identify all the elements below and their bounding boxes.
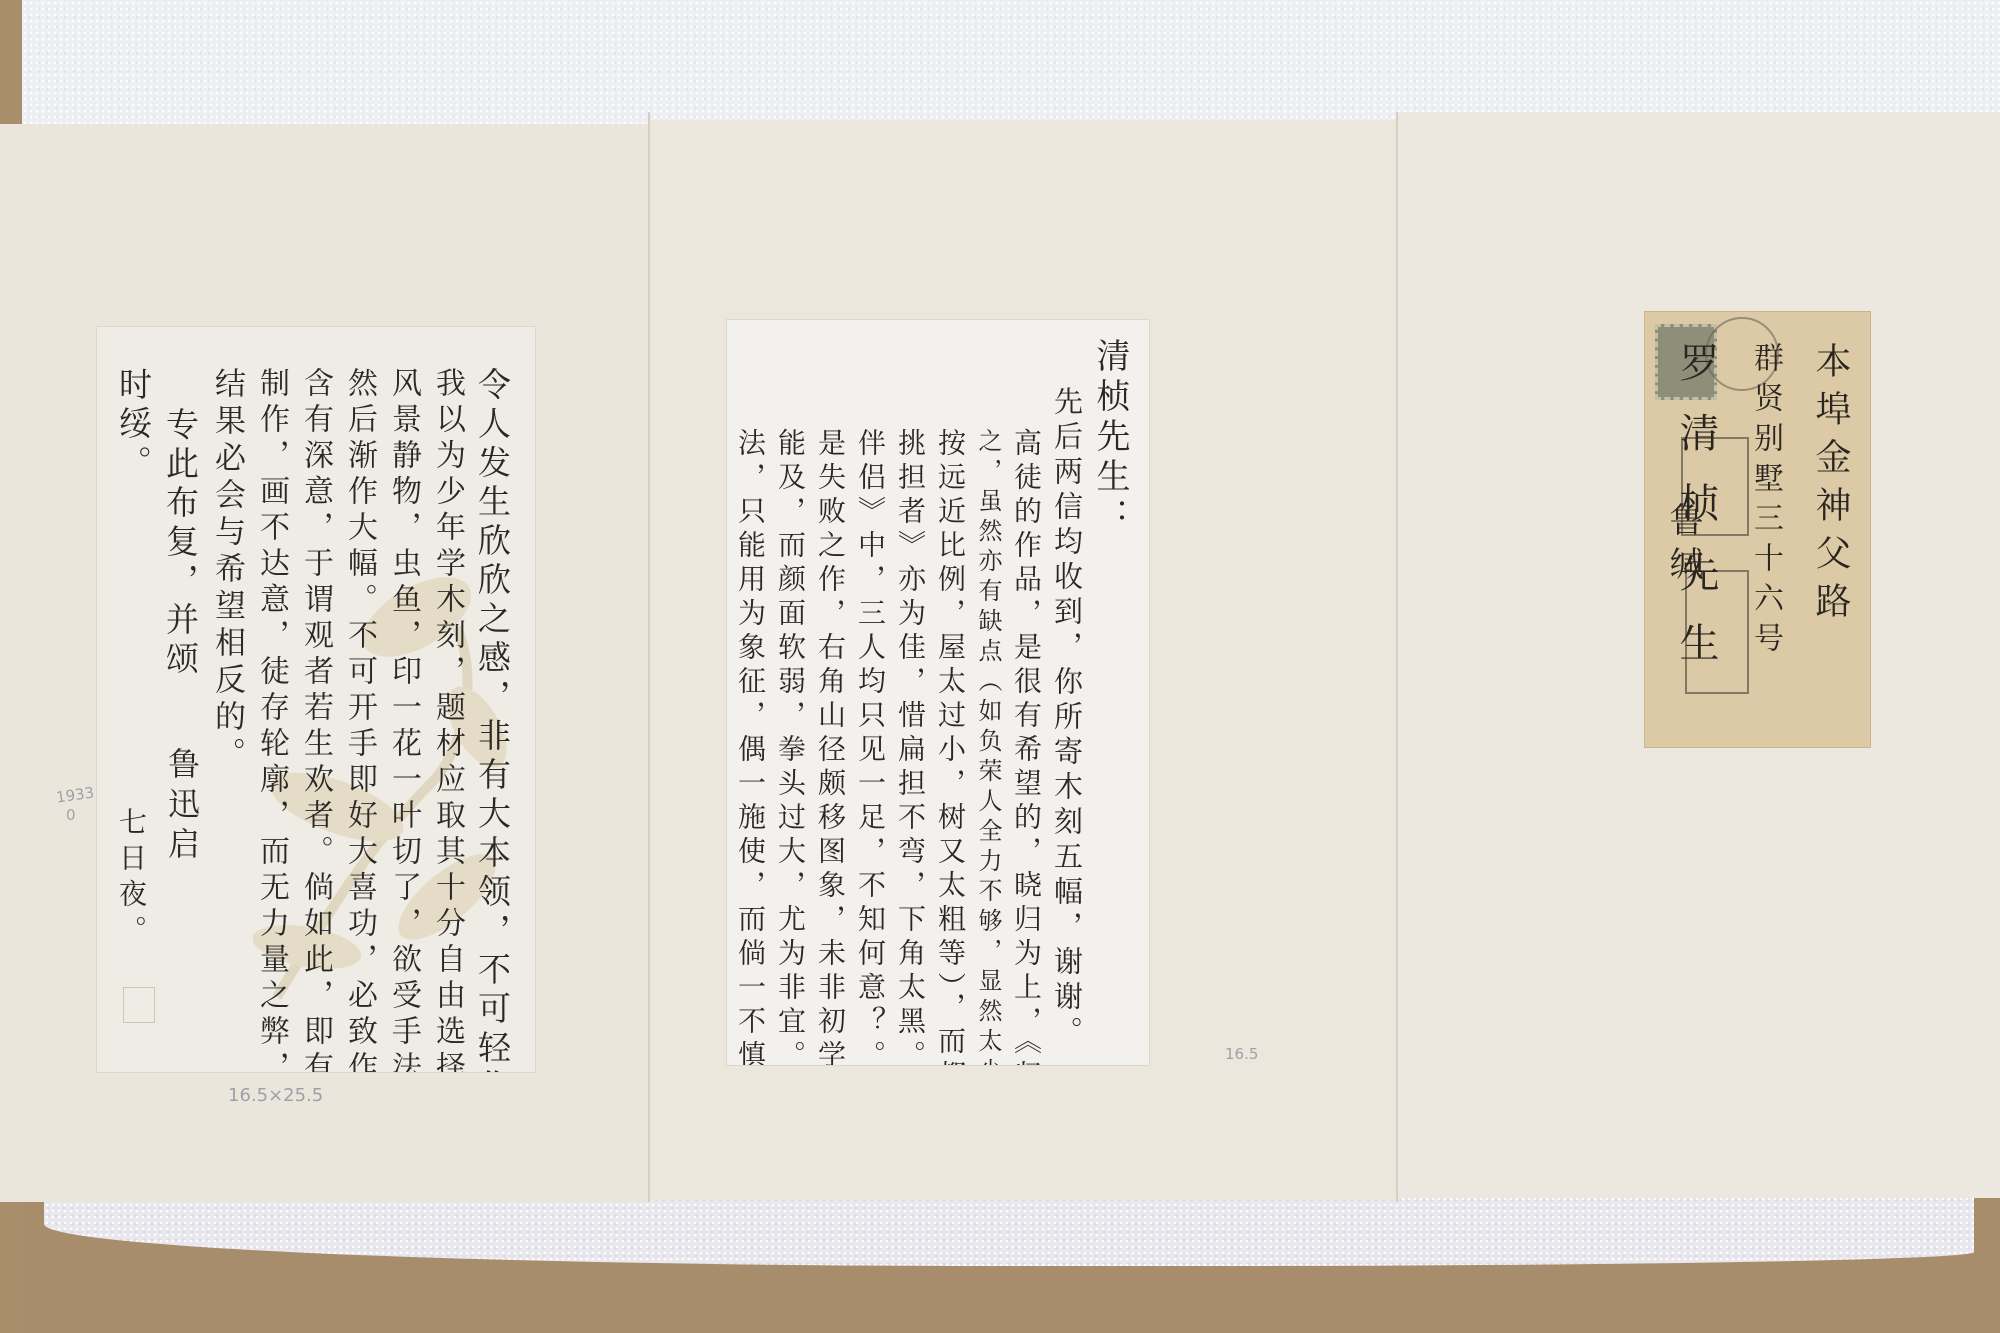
text-column: 高徒的作品，是很有希望的，晓归为上，《归途》次 [1012,428,1040,1065]
text-column: 伴侣》中，三人均只见一足，不知何意？。五一纪念》却 [856,428,884,1065]
text-column: 挑担者》亦为佳，惜扁担不弯，下角太黑。《宰者》的 [896,428,924,1065]
envelope: 本埠金神父路 群贤别墅三十六号 罗清桢先生 鲁缄 [1645,312,1870,747]
text-column: 是失败之作，右角山径颇移图象，未非初学者所 [816,428,844,1065]
text-column: 清桢先生： [1093,338,1127,1065]
signature: 鲁迅启 [159,747,205,867]
letter-body: 令人发生欣欣之感，非有大本领，不可轻作也。 我以为少年学木刻，题材应取其十分自由… [117,367,509,1072]
text-column: 按远近比例，屋太过小，树又太粗等），而都很好。 [936,428,964,1065]
pencil-mark: 16.5 [1225,1045,1258,1063]
sender-name: 鲁缄 [1659,502,1708,590]
date: 七日夜。 [111,807,151,951]
foam-backing-top [22,0,2000,128]
text-column: 风景静物，虫鱼，印一花一叶切了，欲受手法熟， [388,367,418,1072]
text-column: 制作，画不达意，徒存轮廓，而无力量之弊， [256,367,286,1072]
text-column: 含有深意，于谓观者若生欢者。倘如此，即有勉强 [300,367,330,1072]
text-column: 然后渐作大幅。不可开手即好大喜功，必致作品中 [344,367,374,1072]
text-column: 我以为少年学木刻，题材应取其十分自由选择， [432,367,462,1072]
text-column: 结果必会与希望相反的。 [211,367,242,1072]
text-column: 令人发生欣欣之感，非有大本领，不可轻作也。 [476,367,509,1072]
size-note: 16.5×25.5 [228,1085,323,1106]
text-column: 之，虽然亦有缺点（如负荣人全力不够，显然太少，又塔一幅 [976,428,1000,1065]
pencil-mark: 0 [66,806,76,824]
address-line: 群贤别墅三十六号 [1743,342,1787,692]
text-column: 法，只能用为象征，偶一施使，而倘一不慎，即容易 [736,428,764,1065]
board-fold-line [1396,112,1398,1202]
letter-page-left: 令人发生欣欣之感，非有大本领，不可轻作也。 我以为少年学木刻，题材应取其十分自由… [97,327,535,1072]
text-column: 专此布复，并颂 [164,407,197,1072]
foam-backing-bottom [44,1196,1974,1266]
seal-stamp-icon [123,987,155,1023]
board-fold-line [648,112,650,1202]
text-column: 能及，而颜面软弱，拳头过大，尤为非宜。山径画 [776,428,804,1065]
letter-body: 清桢先生： 先后两信均收到，你所寄木刻五幅，谢谢。 高徒的作品，是很有希望的，晓… [736,338,1127,1065]
text-column: 先后两信均收到，你所寄木刻五幅，谢谢。 [1052,386,1081,1065]
text-column: 时绥。 [117,367,150,1072]
letter-page-middle: 清桢先生： 先后两信均收到，你所寄木刻五幅，谢谢。 高徒的作品，是很有希望的，晓… [727,320,1149,1065]
address-line: 本埠金神父路 [1805,342,1856,692]
